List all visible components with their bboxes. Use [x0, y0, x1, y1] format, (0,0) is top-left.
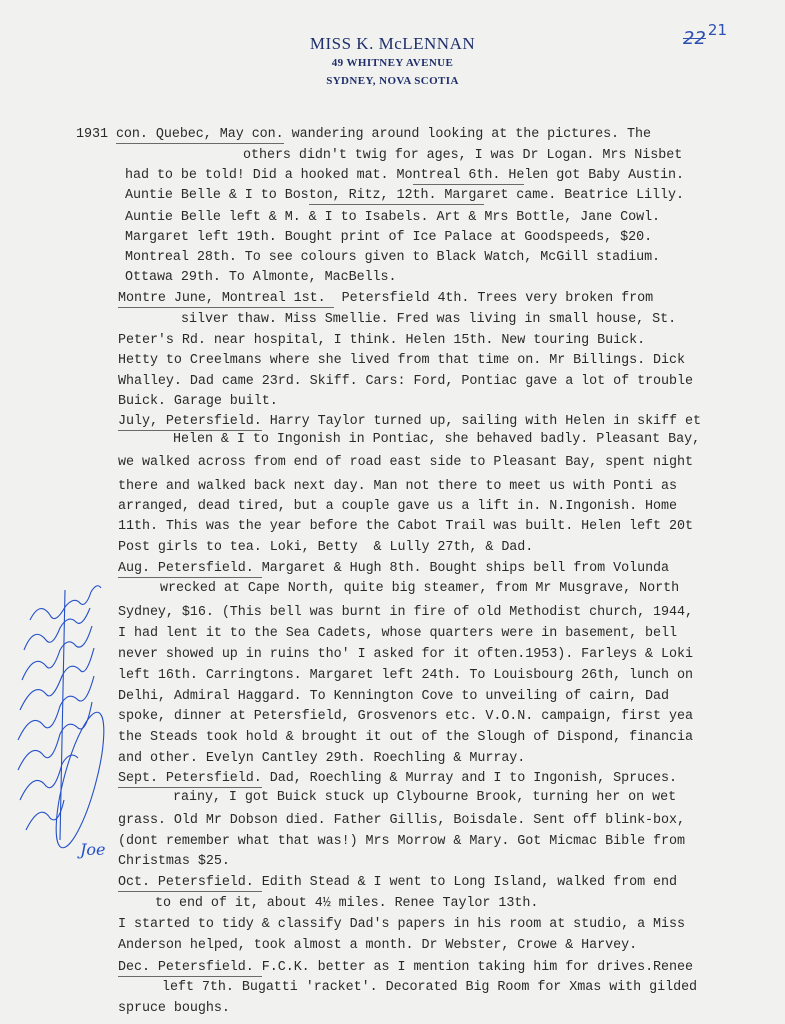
text-line: rainy, I got Buick stuck up Clybourne Br… — [173, 790, 676, 806]
text-line: there and walked back next day. Man not … — [118, 479, 677, 495]
margin-handwriting-icon — [10, 580, 120, 850]
text-line: Ottawa 29th. To Almonte, MacBells. — [125, 270, 397, 286]
text-line: the Steads took hold & brought it out of… — [118, 730, 693, 746]
page-number-corrected: 21 — [708, 21, 727, 39]
text-line: never showed up in ruins tho' I asked fo… — [118, 647, 693, 663]
text-line: Christmas $25. — [118, 854, 230, 870]
text-line: Anderson helped, took almost a month. Dr… — [118, 938, 637, 954]
text-line: had to be told! Did a hooked mat. Montre… — [125, 168, 684, 184]
letterhead-name: MISS K. McLENNAN — [0, 34, 785, 54]
text-line: Auntie Belle left & M. & I to Isabels. A… — [125, 210, 660, 226]
text-line: to end of it, about 4½ miles. Renee Tayl… — [155, 896, 538, 912]
text-line: Delhi, Admiral Haggard. To Kennington Co… — [118, 689, 669, 705]
text-line: Aug. Petersfield. Margaret & Hugh 8th. B… — [118, 561, 669, 577]
text-line: Dec. Petersfield. F.C.K. better as I men… — [118, 960, 693, 976]
text-line: Hetty to Creelmans where she lived from … — [118, 353, 685, 369]
text-line: Peter's Rd. near hospital, I think. Hele… — [118, 333, 645, 349]
text-line: Auntie Belle & I to Boston, Ritz, 12th. … — [125, 188, 684, 204]
text-line: spruce boughs. — [118, 1001, 230, 1017]
text-line: left 16th. Carringtons. Margaret left 24… — [118, 668, 693, 684]
text-line: Margaret left 19th. Bought print of Ice … — [125, 230, 652, 246]
text-line: (dont remember what that was!) Mrs Morro… — [118, 834, 685, 850]
text-line: 11th. This was the year before the Cabot… — [118, 519, 693, 535]
text-line: others didn't twig for ages, I was Dr Lo… — [243, 148, 682, 164]
text-line: I had lent it to the Sea Cadets, whose q… — [118, 626, 677, 642]
page-number-struck: 22 — [683, 28, 706, 49]
text-line: Whalley. Dad came 23rd. Skiff. Cars: For… — [118, 374, 693, 390]
page-number: 2221 — [683, 28, 727, 49]
text-line: and other. Evelyn Cantley 29th. Roechlin… — [118, 751, 525, 767]
text-line: Buick. Garage built. — [118, 394, 278, 410]
text-line: spoke, dinner at Petersfield, Grosvenors… — [118, 709, 693, 725]
text-line: Post girls to tea. Loki, Betty & Lully 2… — [118, 540, 533, 556]
text-line: I started to tidy & classify Dad's paper… — [118, 917, 685, 933]
text-line: July, Petersfield. Harry Taylor turned u… — [118, 414, 701, 430]
text-line: Montre June, Montreal 1st. Petersfield 4… — [118, 291, 653, 307]
text-line: 1931 con. Quebec, May con. wandering aro… — [76, 127, 651, 143]
text-line: arranged, dead tired, but a couple gave … — [118, 499, 677, 515]
text-line: Oct. Petersfield. Edith Stead & I went t… — [118, 875, 677, 891]
text-line: grass. Old Mr Dobson died. Father Gillis… — [118, 813, 685, 829]
letterhead-address-2: SYDNEY, NOVA SCOTIA — [0, 72, 785, 90]
text-line: wrecked at Cape North, quite big steamer… — [160, 581, 679, 597]
text-line: Sept. Petersfield. Dad, Roechling & Murr… — [118, 771, 677, 787]
text-line: we walked across from end of road east s… — [118, 455, 693, 471]
letterhead: MISS K. McLENNAN 49 WHITNEY AVENUE SYDNE… — [0, 34, 785, 90]
letterhead-address-1: 49 WHITNEY AVENUE — [0, 54, 785, 72]
text-line: Sydney, $16. (This bell was burnt in fir… — [118, 605, 693, 621]
text-line: Montreal 28th. To see colours given to B… — [125, 250, 660, 266]
text-line: silver thaw. Miss Smellie. Fred was livi… — [181, 312, 676, 328]
text-line: left 7th. Bugatti 'racket'. Decorated Bi… — [162, 980, 697, 996]
text-line: Helen & I to Ingonish in Pontiac, she be… — [173, 432, 700, 448]
